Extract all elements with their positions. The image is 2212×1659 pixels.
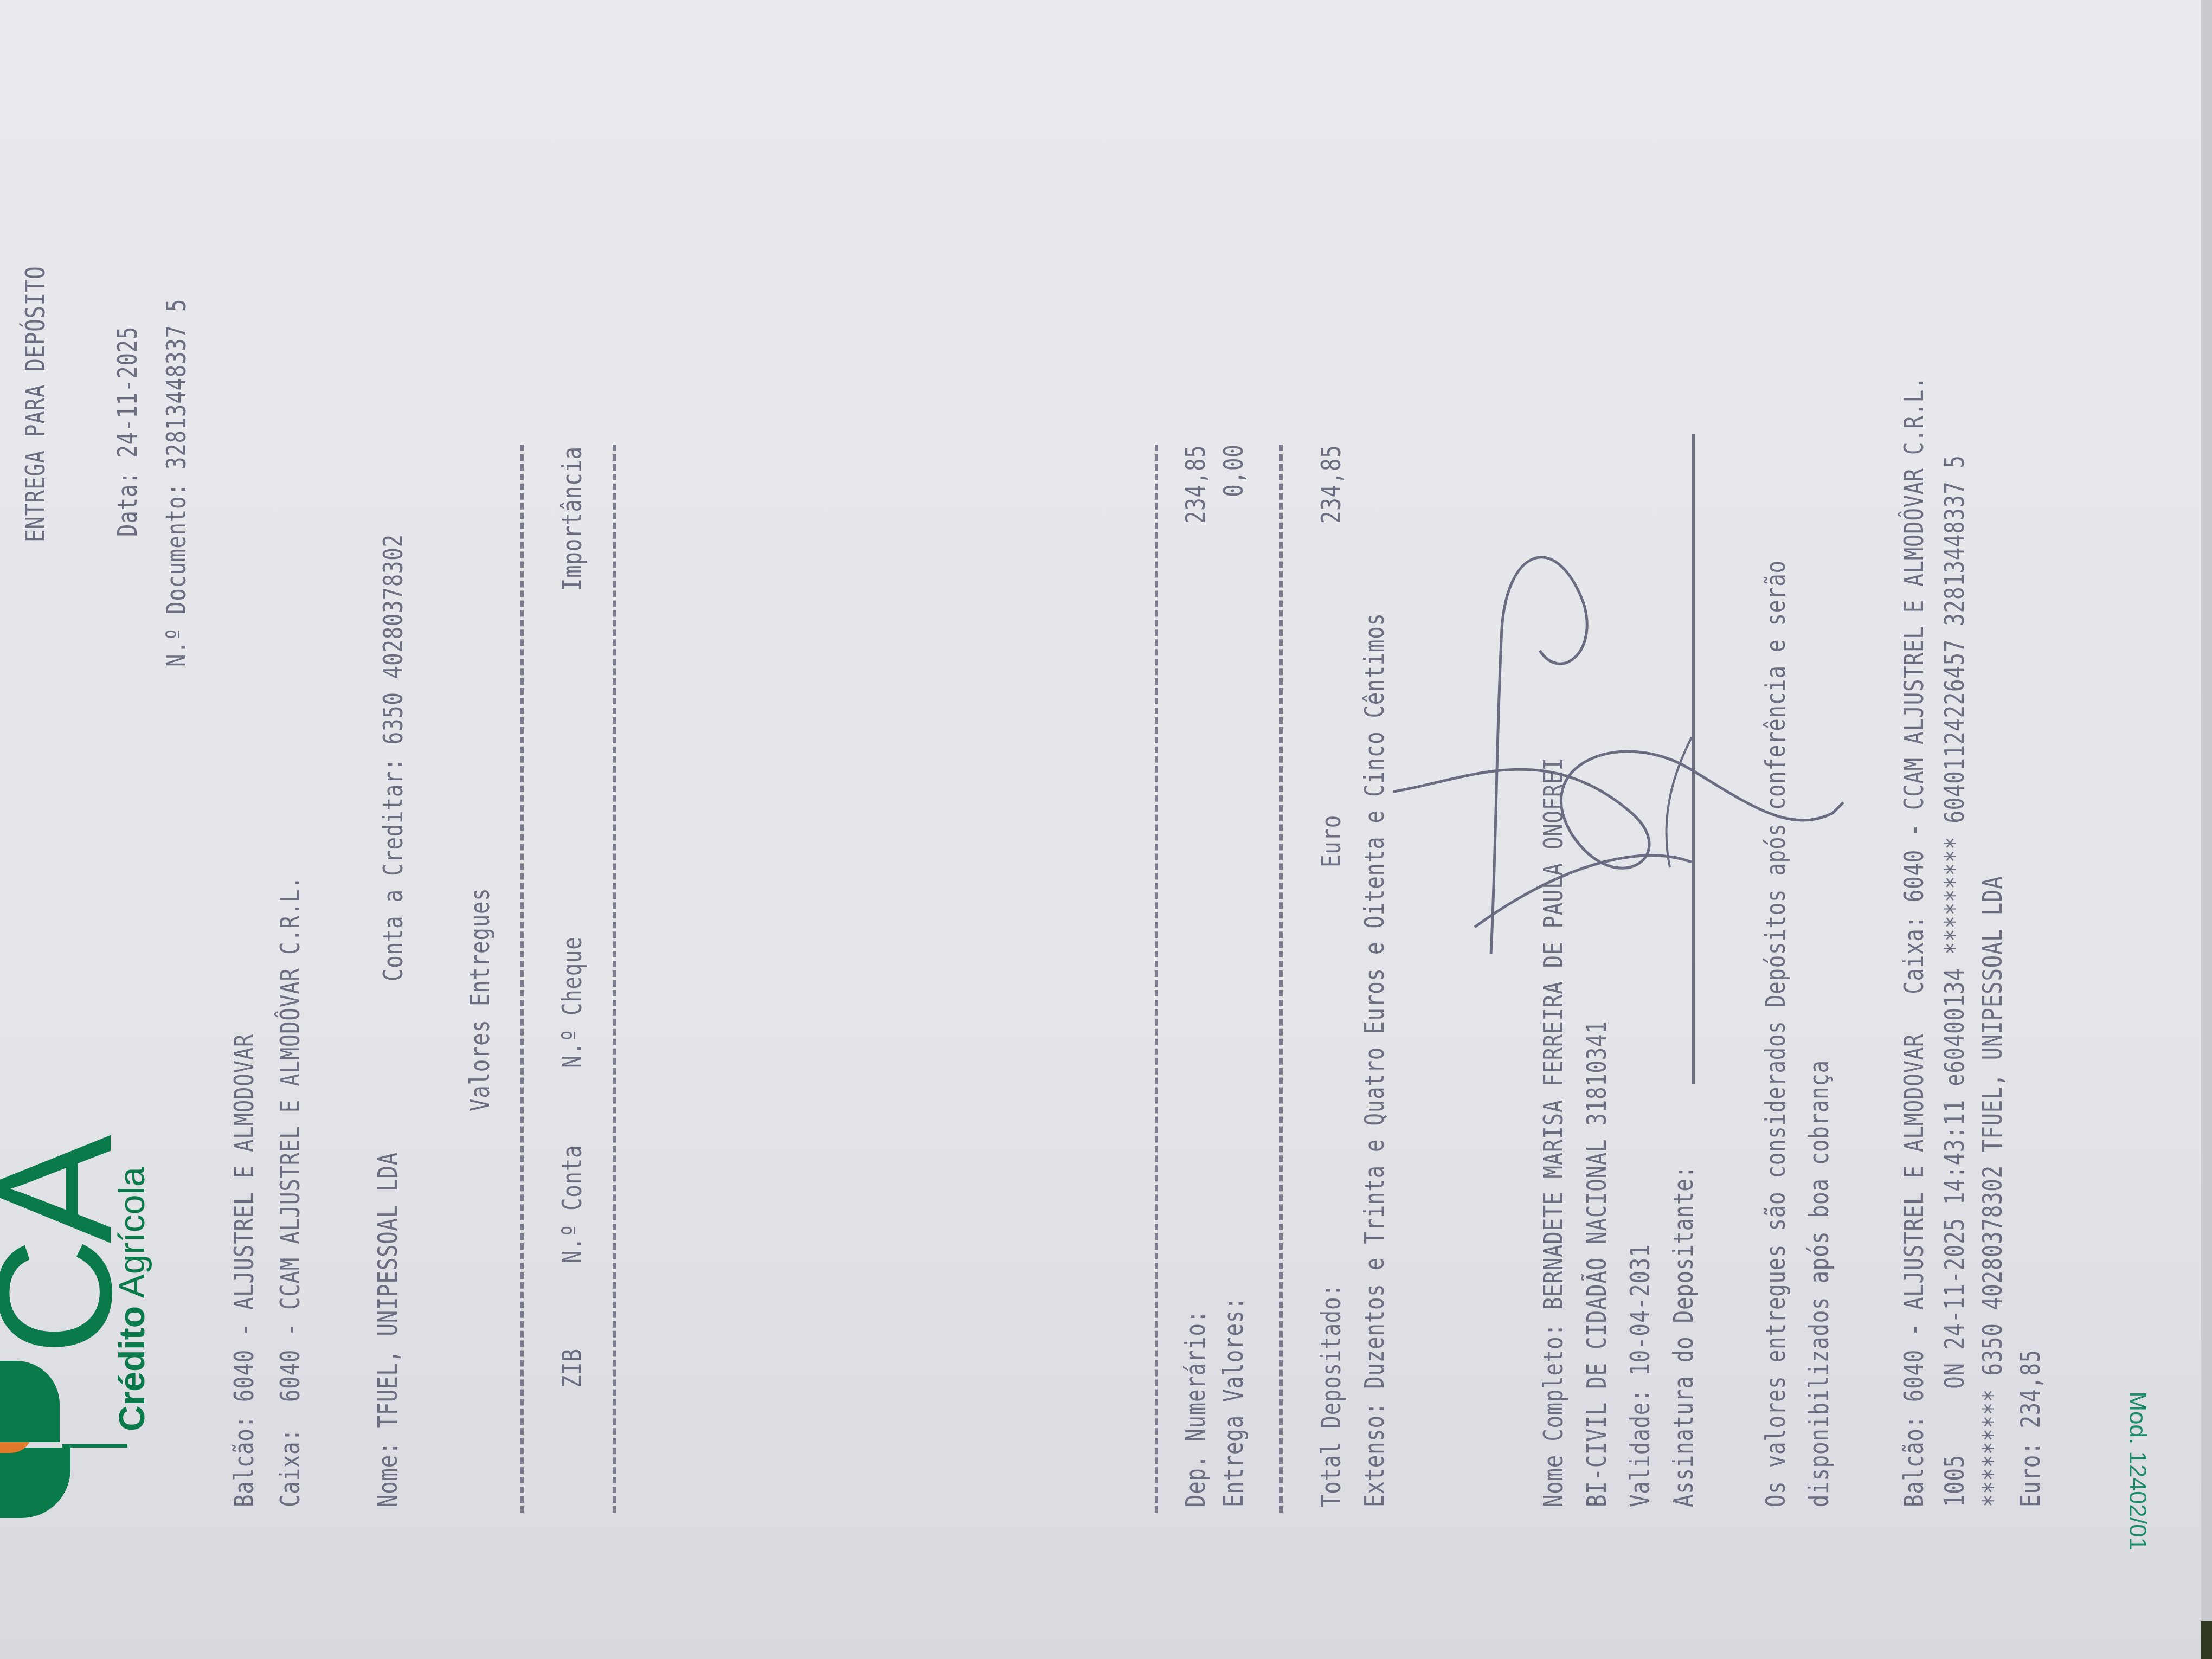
totals-divider: [1155, 445, 1158, 1513]
logo-stem: [62, 1444, 127, 1448]
total-deposited-value: 234,85: [1317, 445, 1345, 524]
credito-agricola-logo: CA Crédito Agrícola: [0, 1106, 163, 1518]
dep-numerario-label: Dep. Numerário:: [1182, 1310, 1209, 1507]
document-number-label: N.º Documento:: [160, 483, 192, 667]
deposit-slip: ENTREGA PARA DEPÓSITO Data: 24-11-2025 N…: [0, 0, 2201, 1659]
document-number-field: N.º Documento: 32813448337 5: [163, 299, 190, 667]
dep-numerario-value: 234,85: [1182, 445, 1209, 524]
footer-transaction-line: 1005 ON 24-11-2025 14:43:11 e60400134 **…: [1941, 455, 1968, 1507]
logo-leaf-icon: [0, 1448, 70, 1518]
disclaimer-line-2: disponibilizados após boa cobrança: [1805, 1060, 1832, 1507]
signature-label: Assinatura do Depositante:: [1670, 1165, 1697, 1507]
account-to-credit: Conta a Creditar: 6350 40280378302: [380, 534, 407, 981]
logo-leaf-icon: [0, 1361, 60, 1442]
depositor-id: BI-CIVIL DE CIDADÃO NACIONAL 31810341: [1583, 1020, 1610, 1507]
column-header-amount: Importância: [558, 446, 586, 591]
footer-account-line: ********* 6350 40280378302 TFUEL, UNIPES…: [1979, 876, 2006, 1507]
total-deposited-label: Total Depositado:: [1317, 1284, 1345, 1507]
table-divider: [613, 445, 616, 1513]
brand-name: Crédito Agrícola: [114, 1167, 150, 1431]
date-label: Data:: [112, 471, 143, 537]
balcao-line: Balcão: 6040 - ALJUSTREL E ALMODOVAR: [230, 1034, 258, 1507]
brand-name-bold: Crédito: [112, 1306, 152, 1431]
document-title: ENTREGA PARA DEPÓSITO: [22, 266, 49, 542]
entrega-valores-label: Entrega Valores:: [1220, 1297, 1247, 1507]
account-name: Nome: TFUEL, UNIPESSOAL LDA: [374, 1152, 401, 1507]
form-code: Mod. 12402/01: [2125, 1391, 2149, 1551]
depositor-full-name: Nome Completo: BERNADETE MARISA FERREIRA…: [1540, 757, 1567, 1507]
valores-entregues-heading: Valores Entregues: [466, 888, 493, 1111]
date-field: Data: 24-11-2025: [114, 326, 141, 537]
column-header-zib: ZIB: [558, 1348, 586, 1388]
totals-divider: [1279, 445, 1283, 1513]
column-header-account: N.º Conta: [558, 1145, 586, 1263]
caixa-line: Caixa: 6040 - CCAM ALJUSTREL E ALMODÔVAR…: [276, 876, 304, 1507]
column-header-cheque: N.º Cheque: [558, 936, 586, 1068]
amount-in-words: Extenso: Duzentos e Trinta e Quatro Euro…: [1361, 613, 1388, 1507]
footer-branch-line: Balcão: 6040 - ALJUSTREL E ALMODOVAR Cai…: [1900, 376, 1927, 1507]
currency-label: Euro: [1317, 815, 1345, 867]
brand-name-rest: Agrícola: [112, 1167, 152, 1306]
date-value: 24-11-2025: [112, 326, 143, 458]
disclaimer-line-1: Os valores entregues são considerados De…: [1762, 560, 1789, 1507]
signature-line: [1692, 434, 1695, 1084]
document-number-value: 32813448337 5: [160, 299, 192, 470]
table-divider: [520, 445, 524, 1513]
handwritten-signature: [0, 0, 2201, 1659]
entrega-valores-value: 0,00: [1220, 445, 1247, 497]
footer-amount-line: Euro: 234,85: [2017, 1349, 2044, 1507]
id-validity: Validade: 10-04-2031: [1626, 1244, 1654, 1507]
